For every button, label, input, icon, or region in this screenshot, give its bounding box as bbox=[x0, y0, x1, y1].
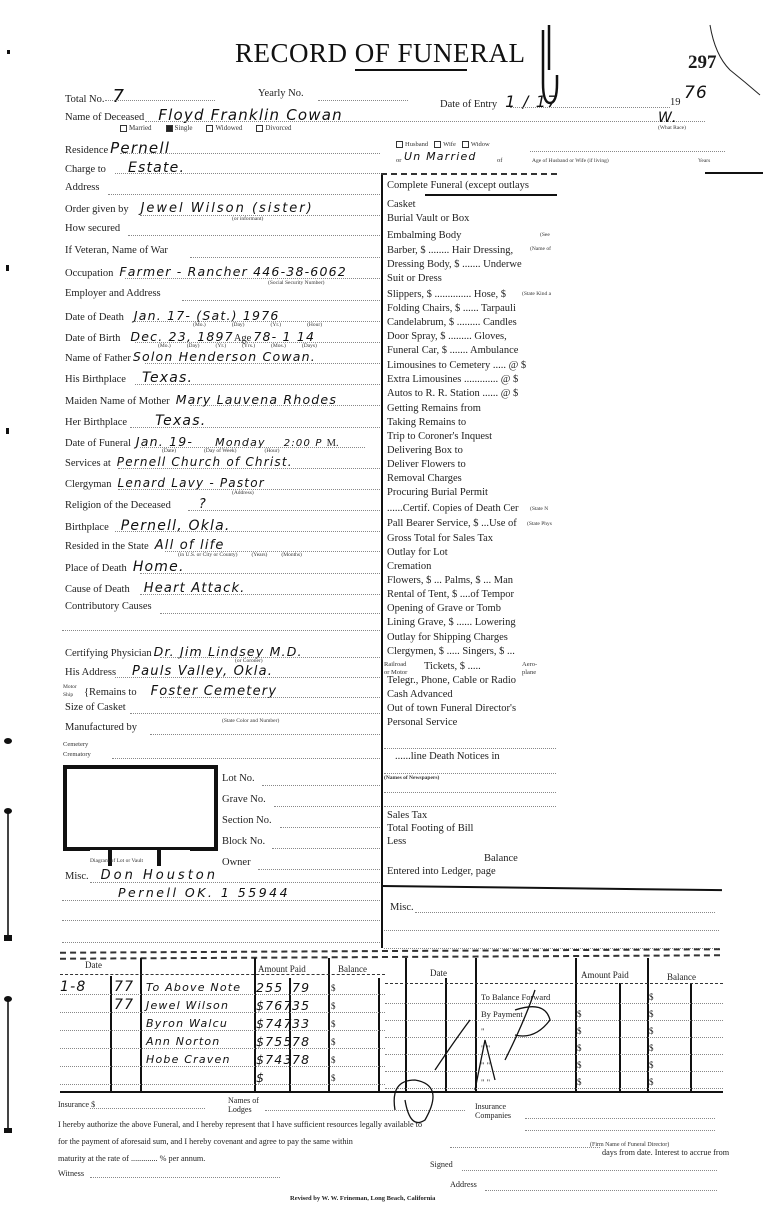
ledger-row: 77Jewel Wilson$76735$ bbox=[60, 1000, 385, 1016]
address-field: Address bbox=[65, 182, 99, 193]
charge-item: Cremation bbox=[387, 561, 431, 572]
checkbox-widowed[interactable]: Widowed bbox=[206, 124, 242, 132]
ledger-page-label: Entered into Ledger, page bbox=[387, 866, 496, 877]
marital-status-group: Married Single Widowed Divorced bbox=[120, 124, 291, 132]
ssn-caption: (Social Security Number) bbox=[268, 280, 325, 286]
ledger-balance: $ bbox=[649, 1060, 654, 1070]
charge-item: Limousines to Cemetery ..... @ $ bbox=[387, 360, 526, 371]
veteran-field: If Veteran, Name of War bbox=[65, 245, 168, 256]
total-no-field: Total No. 7 bbox=[65, 86, 125, 107]
ledger-left-date-header: Date bbox=[85, 960, 102, 970]
clergyman-address-caption: (Address) bbox=[232, 490, 254, 496]
charge-item: Burial Vault or Box bbox=[387, 213, 469, 224]
authorization-line2: for the payment of aforesaid sum, and I … bbox=[58, 1137, 353, 1146]
year-prefix: 19 bbox=[670, 97, 681, 108]
less-label: Less bbox=[387, 836, 406, 847]
ledger-day: 77 bbox=[114, 997, 134, 1013]
charge-item: Dressing Body, $ ....... Underwe bbox=[387, 259, 522, 270]
charge-item: Personal Service bbox=[387, 717, 457, 728]
note-name-of: (Name of bbox=[530, 246, 551, 252]
charge-item: Telegr., Phone, Cable or Radio bbox=[387, 675, 516, 686]
ledger-balance: $ bbox=[649, 1009, 654, 1019]
charge-item: Removal Charges bbox=[387, 473, 462, 484]
race-value: W. bbox=[658, 110, 678, 126]
section-no-label: Section No. bbox=[222, 815, 272, 826]
charge-item: Pall Bearer Service, $ ...Use of bbox=[387, 518, 517, 529]
authorization-line2-end: days from date. Interest to accrue from bbox=[602, 1148, 729, 1157]
revised-by-credit: Revised by W. W. Frineman, Long Beach, C… bbox=[290, 1195, 435, 1202]
railroad-label: Railroad bbox=[384, 661, 406, 668]
charge-item: Cash Advanced bbox=[387, 689, 453, 700]
ledger-left: Date Amount Paid Balance 1-877To Above N… bbox=[60, 958, 385, 1093]
spouse-age-unit: Years bbox=[698, 158, 710, 164]
spouse-status-value: Un Married bbox=[404, 150, 477, 163]
motor-label: Motor bbox=[63, 684, 77, 690]
ledger-right-date-header: Date bbox=[430, 968, 447, 978]
ledger-amount: $ bbox=[577, 1077, 582, 1087]
misc-left-field: Misc. Don Houston bbox=[65, 868, 218, 883]
cemetery-label: Cemetery bbox=[63, 741, 88, 748]
sales-tax-label: Sales Tax bbox=[387, 810, 427, 821]
note-state-n: (State N bbox=[530, 506, 548, 512]
charge-item: Autos to R. R. Station ...... @ $ bbox=[387, 388, 518, 399]
charge-item: Getting Remains from bbox=[387, 403, 481, 414]
column-divider bbox=[381, 173, 383, 948]
ledger-left-balance-header: Balance bbox=[338, 964, 367, 974]
father-field: Name of Father Solon Henderson Cowan. bbox=[65, 349, 316, 364]
year-value: 76 bbox=[684, 83, 708, 103]
ledger-balance: $ bbox=[649, 1026, 654, 1036]
aero-label: Aero- bbox=[522, 661, 537, 668]
lot-diagram-box bbox=[63, 765, 218, 851]
charge-item: Casket bbox=[387, 199, 416, 210]
charge-item: Door Spray, $ ......... Gloves, bbox=[387, 331, 507, 342]
charge-item: Rental of Tent, $ ....of Tempor bbox=[387, 589, 514, 600]
grave-no-label: Grave No. bbox=[222, 794, 266, 805]
how-secured-field: How secured bbox=[65, 223, 120, 234]
death-notices-label: ......line Death Notices in bbox=[395, 751, 500, 762]
charge-item: Suit or Dress bbox=[387, 273, 442, 284]
spouse-status-group: Husband Wife Widow bbox=[396, 141, 490, 148]
ledger-balance: $ bbox=[331, 1019, 336, 1029]
funeral-date-captions: (Date)(Day of Week)(Hour) bbox=[162, 448, 279, 454]
ledger-amount: $ bbox=[577, 1026, 582, 1036]
misc-line2: Pernell OK. 1 55944 bbox=[118, 885, 290, 900]
ledger-cents: 78 bbox=[292, 1052, 310, 1067]
ledger-row: Byron Walcu$74733$ bbox=[60, 1018, 385, 1034]
charge-item: Clergymen, $ ..... Singers, $ ... bbox=[387, 646, 515, 657]
note-see: (See bbox=[540, 232, 550, 238]
ledger-cents: 79 bbox=[292, 980, 310, 995]
ledger-amount: $ bbox=[256, 1070, 265, 1085]
occupation-field: Occupation Farmer - Rancher 446-38-6062 bbox=[65, 264, 347, 279]
charge-item: Outlay for Lot bbox=[387, 547, 448, 558]
plane-label: plane bbox=[522, 669, 536, 676]
crematory-label: Crematory bbox=[63, 751, 91, 758]
ledger-left-amount-header: Amount Paid bbox=[258, 964, 306, 974]
checkbox-married[interactable]: Married bbox=[120, 124, 152, 132]
misc-right-label: Misc. bbox=[390, 902, 414, 913]
charge-item: Opening of Grave or Tomb bbox=[387, 603, 501, 614]
casket-caption: (State Color and Number) bbox=[222, 718, 279, 724]
charge-item: Slippers, $ .............. Hose, $ bbox=[387, 289, 506, 300]
charge-item: Lining Grave, $ ...... Lowering bbox=[387, 617, 516, 628]
signed-label: Signed bbox=[430, 1160, 453, 1169]
charge-item: Procuring Burial Permit bbox=[387, 487, 488, 498]
note-state-kind: (State Kind a bbox=[522, 291, 551, 297]
charge-item: Funeral Car, $ ....... Ambulance bbox=[387, 345, 518, 356]
spouse-prefix: or bbox=[396, 157, 401, 164]
ledger-amount: $767 bbox=[256, 998, 293, 1013]
lodges-label: Names ofLodges bbox=[228, 1096, 259, 1114]
ledger-balance: $ bbox=[331, 983, 336, 993]
authorization-line1: I hereby authorize the above Funeral, an… bbox=[58, 1120, 422, 1129]
resided-captions: (in U.S. or City or County)(Years)(Month… bbox=[178, 552, 302, 558]
total-footing-label: Total Footing of Bill bbox=[387, 823, 473, 834]
ledger-right-amount-header: Amount Paid bbox=[581, 970, 629, 980]
ledger-amount: $ bbox=[577, 1043, 582, 1053]
casket-size-field: Size of Casket bbox=[65, 702, 126, 713]
checkbox-single[interactable]: Single bbox=[166, 124, 193, 132]
charge-item: Flowers, $ ... Palms, $ ... Man bbox=[387, 575, 513, 586]
ledger-amount: $755 bbox=[256, 1034, 293, 1049]
ledger-balance: $ bbox=[331, 1037, 336, 1047]
checkbox-husband[interactable]: Husband bbox=[396, 141, 428, 148]
charge-item: Extra Limousines ............. @ $ bbox=[387, 374, 518, 385]
balance-label: Balance bbox=[484, 853, 518, 864]
ledger-amount: $743 bbox=[256, 1052, 293, 1067]
spouse-age-caption: Age of Husband or Wife (if living) bbox=[532, 158, 609, 164]
address-label: Address bbox=[450, 1180, 477, 1189]
ledger-row: Ann Norton$75578$ bbox=[60, 1036, 385, 1052]
charge-item: Deliver Flowers to bbox=[387, 459, 466, 470]
checkbox-wife[interactable]: Wife bbox=[434, 141, 456, 148]
complete-funeral-heading: Complete Funeral (except outlays bbox=[387, 180, 529, 191]
charge-item: ......Certif. Copies of Death Cer bbox=[387, 503, 519, 514]
services-at-field: Services at Pernell Church of Christ. bbox=[65, 455, 293, 469]
checkbox-divorced[interactable]: Divorced bbox=[256, 124, 291, 132]
ledger-right-balance-header: Balance bbox=[667, 972, 696, 982]
document-title: RECORD OF FUNERAL bbox=[235, 38, 526, 69]
or-motor-label: or Motor bbox=[384, 669, 407, 676]
ledger-description: Jewel Wilson bbox=[146, 999, 229, 1012]
date-of-entry-field: Date of Entry 1 / 17 bbox=[440, 92, 558, 111]
contributory-causes-field: Contributory Causes bbox=[65, 601, 152, 612]
charge-item: Out of town Funeral Director's bbox=[387, 703, 516, 714]
residence-field: Residence Pernell bbox=[65, 139, 170, 157]
ledger-balance: $ bbox=[649, 1077, 654, 1087]
charge-item: Barber, $ ........ Hair Dressing, bbox=[387, 245, 513, 256]
charge-item: Candelabrum, $ ......... Candles bbox=[387, 317, 517, 328]
yearly-no-field: Yearly No. bbox=[258, 88, 304, 99]
charge-item: Trip to Coroner's Inquest bbox=[387, 431, 492, 442]
order-given-by-field: Order given by Jewel Wilson (sister) bbox=[65, 201, 314, 216]
diagram-caption: Diagram of Lot or Vault bbox=[90, 858, 143, 864]
clergyman-field: Clergyman Lenard Lavy - Pastor bbox=[65, 476, 265, 490]
ledger-balance: $ bbox=[649, 992, 654, 1002]
charge-item: Tickets, $ ..... bbox=[424, 661, 481, 672]
binder-bar bbox=[7, 812, 9, 937]
ledger-row: Hobe Craven$74378$ bbox=[60, 1054, 385, 1070]
religion-field: Religion of the Deceased ? bbox=[65, 497, 207, 512]
lot-no-label: Lot No. bbox=[222, 773, 255, 784]
ship-label: Ship bbox=[63, 692, 73, 698]
ledger-description: To Above Note bbox=[146, 981, 241, 994]
checkbox-widow[interactable]: Widow bbox=[462, 141, 490, 148]
interest-rate-line: maturity at the rate of ............. % … bbox=[58, 1154, 205, 1163]
newspapers-caption: (Names of Newspapers) bbox=[384, 775, 439, 781]
ledger-cents: 35 bbox=[292, 998, 310, 1013]
ledger-description: Byron Walcu bbox=[146, 1017, 228, 1030]
witness-label: Witness bbox=[58, 1169, 84, 1178]
charge-item: Embalming Body bbox=[387, 230, 461, 241]
spouse-suffix: of bbox=[497, 157, 502, 164]
charge-item: Gross Total for Sales Tax bbox=[387, 533, 493, 544]
binder-mark bbox=[7, 50, 10, 54]
ledger-balance: $ bbox=[331, 1073, 336, 1083]
charge-item: Taking Remains to bbox=[387, 417, 466, 428]
note-state-phys: (State Phys bbox=[527, 521, 552, 527]
death-date-captions: (Mo.)(Day)(Yr.)(Hour) bbox=[193, 322, 322, 328]
ledger-amount: $ bbox=[577, 1060, 582, 1070]
insurance-companies-label: InsuranceCompanies bbox=[475, 1102, 511, 1120]
ledger-date: 1-8 bbox=[60, 979, 86, 995]
charge-item: Delivering Box to bbox=[387, 445, 463, 456]
charge-item: Outlay for Shipping Charges bbox=[387, 632, 508, 643]
ledger-cents: 33 bbox=[292, 1016, 310, 1031]
owner-label: Owner bbox=[222, 857, 251, 868]
ledger-row: $$ bbox=[60, 1072, 385, 1088]
ledger-amount: $ bbox=[577, 1009, 582, 1019]
ledger-balance: $ bbox=[331, 1001, 336, 1011]
race-caption: (What Race) bbox=[658, 125, 686, 131]
corner-scribble-icon bbox=[700, 20, 763, 100]
ledger-description: Ann Norton bbox=[146, 1035, 220, 1048]
ledger-balance: $ bbox=[649, 1043, 654, 1053]
manufactured-by-field: Manufactured by bbox=[65, 722, 137, 733]
ledger-balance: $ bbox=[331, 1055, 336, 1065]
charge-item: Folding Chairs, $ ...... Tarpauli bbox=[387, 303, 516, 314]
informant-caption: (or informant) bbox=[232, 216, 263, 222]
ledger-amount: $747 bbox=[256, 1016, 293, 1031]
employer-field: Employer and Address bbox=[65, 288, 161, 299]
ledger-row: 1-877To Above Note25579$ bbox=[60, 982, 385, 998]
ledger-day: 77 bbox=[114, 979, 134, 995]
ledger-description: Hobe Craven bbox=[146, 1053, 231, 1066]
ledger-amount: 255 bbox=[256, 980, 283, 995]
title-underline bbox=[355, 69, 467, 71]
block-no-label: Block No. bbox=[222, 836, 265, 847]
ledger-cents: 78 bbox=[292, 1034, 310, 1049]
